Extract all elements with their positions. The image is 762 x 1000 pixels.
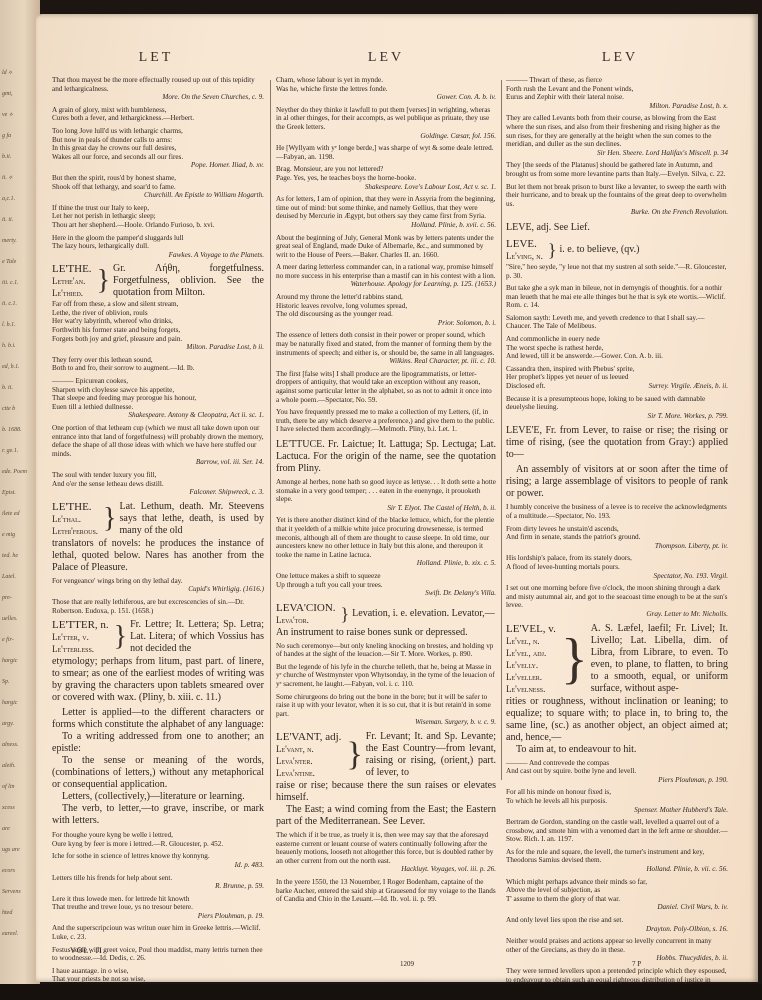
- quote-line: Thou art her shepherd.—Hoole. Orlando Fu…: [52, 221, 264, 230]
- quote-line: And commonliche in euery nede: [506, 335, 728, 344]
- quotation: One lettuce makes a shift to squeezeUp t…: [276, 572, 496, 598]
- quote-source: Spectator, No. 193. Virgil.: [506, 572, 728, 581]
- quote-line: They ferry over this lethean sound,: [52, 356, 264, 365]
- quotation: They [the seeds of the Platanus] should …: [506, 161, 728, 178]
- quote-line: And o'er the sense letheau dews distill.: [52, 480, 264, 489]
- entry-letter: LE'TTER, n.Le'tter, v.Le'tterless. } Fr.…: [52, 619, 264, 655]
- quote-source: Holland. Plinie, b. vii. c. 56.: [506, 865, 728, 874]
- quote-source: Hobbs. Thucydides, b. ii.: [506, 954, 728, 963]
- quote-line: The soul with tender luxury you fill,: [52, 471, 264, 480]
- facing-page-fragment: pre-: [2, 595, 12, 602]
- quote-line: From dirty levees he unstain'd ascends,: [506, 525, 728, 534]
- quote-line: And the superscripcioun was writun ouer …: [52, 924, 264, 941]
- headword: Le'vel, n.: [506, 635, 556, 647]
- quotation: But let them not break prison to burst l…: [506, 183, 728, 217]
- quote-line: Neyther do they thinke it lawfull to put…: [276, 106, 496, 132]
- quotation: Too long Jove lull'd us with lethargic c…: [52, 127, 264, 170]
- headword: Le'veller.: [506, 671, 556, 683]
- facing-page-fragment: gmt,: [2, 91, 13, 98]
- quotation: The which if it be true, as truely it is…: [276, 831, 496, 874]
- quote-line: ——— And contrevede the compas: [506, 759, 728, 768]
- sense: The verb, to letter,—to grave, inscribe,…: [52, 803, 264, 827]
- quote-line: But let them not break prison to burst l…: [506, 183, 728, 209]
- dictionary-page: LET LEV LEV That thou mayest be the more…: [36, 14, 758, 982]
- facing-page-fragment: a,c.1.: [2, 196, 15, 203]
- quote-line: And cast out by squire. bothe lyne and l…: [506, 767, 728, 776]
- quote-source: Swift. Dr. Delany's Villa.: [276, 589, 496, 598]
- quote-source: Shakespeare. Antony & Cleopatra, Act ii.…: [52, 411, 264, 420]
- quotation: A meer daring letterless commander can, …: [276, 263, 496, 289]
- column-right: ——— Thwart of these, as fierceForth rush…: [506, 76, 728, 997]
- etymology: Gr. Λήθη, forgetfulness. Forgetfulness, …: [113, 263, 264, 299]
- quote-source: Drayton. Poly-Olbion, s. 16.: [506, 925, 728, 934]
- quote-line: The lazy hours, lethargically dull.: [52, 242, 264, 251]
- page-number: 1209: [400, 960, 414, 968]
- etymology-continued: rities or roughness, without inclination…: [506, 696, 728, 744]
- quote-line: Page. Yes, yes, he teaches boys the horn…: [276, 174, 496, 183]
- quote-line: Yet is there another distinct kind of th…: [276, 516, 496, 559]
- headword: LE'TTER, n.: [52, 619, 109, 631]
- quote-line: Cures both a fever, and lethargickness.—…: [52, 114, 264, 123]
- quotation: "Sire," heo seyde, "y leue not that my s…: [506, 263, 728, 280]
- quote-line: A meer daring letterless commander can, …: [276, 263, 496, 280]
- quote-line: His lordship's palace, from its stately …: [506, 554, 728, 563]
- quote-line: That thou mayest be the more effectually…: [52, 76, 264, 93]
- headword: LEVA'CION.: [276, 602, 336, 614]
- headword: LE'THE.: [52, 501, 98, 513]
- quotation: But take ghe a syk man in bileue, not in…: [506, 284, 728, 310]
- column-rule-right: [501, 80, 502, 780]
- facing-page-fragment: ld ⟡: [2, 70, 12, 77]
- quotation: Far off from these, a slow and silent st…: [52, 300, 264, 352]
- facing-page-fragment: g fa: [2, 133, 11, 140]
- headword-group: LE'TTER, n.Le'tter, v.Le'tterless.: [52, 619, 111, 655]
- quotation: He [Wyllyam with yᵉ longe berde,] was sh…: [276, 144, 496, 161]
- quote-line: Forthwith his former state and being for…: [52, 326, 264, 335]
- headword: LE'VANT, adj.: [276, 731, 341, 743]
- quote-line: ——— Thwart of these, as fierce: [506, 76, 728, 85]
- quote-source: Pope. Homer. Iliad, b. xv.: [52, 161, 264, 170]
- quote-source: Prior. Solomon, b. i.: [276, 319, 496, 328]
- headword: Le'tter, v.: [52, 631, 109, 643]
- headword: Lethi'ferous.: [52, 525, 98, 537]
- quote-source: Gray. Letter to Mr. Nicholls.: [506, 610, 728, 619]
- quote-line: I set out one morning before five o'cloc…: [506, 584, 728, 610]
- quotation: Bertram de Gordon, standing on the castl…: [506, 818, 728, 844]
- quotation: The first [false wits] I shall produce a…: [276, 370, 496, 404]
- quotation: I set out one morning before five o'cloc…: [506, 584, 728, 618]
- quote-source: Churchill. An Epistle to William Hogarth…: [52, 191, 264, 200]
- quote-line: That sleepe and feeding may prorogue his…: [52, 394, 264, 403]
- quotation: The soul with tender luxury you fill,And…: [52, 471, 264, 497]
- quote-line: Bertram de Gordon, standing on the castl…: [506, 818, 728, 844]
- quote-line: Forth rush the Levant and the Ponent win…: [506, 85, 728, 94]
- quotation: No such ceremonye—but only kneling knock…: [276, 642, 496, 659]
- quotation: Because it is a presumpteous hope, lokin…: [506, 395, 728, 421]
- facing-page-fragment: alness.: [2, 742, 19, 749]
- quote-line: Her prophet's lippes yet neuer of us lee…: [506, 373, 728, 382]
- headword-group: LEVA'CION.Leva'tor.: [276, 602, 338, 626]
- quote-line: About the beginning of July, General Mon…: [276, 234, 496, 260]
- facing-page-fragment: iii. c.1.: [2, 280, 19, 287]
- headword: Le'tterless.: [52, 643, 109, 655]
- quote-line: And lewed, till it be answerde.—Gower. C…: [506, 352, 728, 361]
- entry-levee: LEVE'E, Fr. from Lever, to raise or rise…: [506, 425, 728, 461]
- brace-icon: }: [94, 267, 113, 295]
- quotation: You have frequently pressed me to make a…: [276, 408, 496, 434]
- running-head-left: LET: [96, 50, 216, 66]
- signature-mark: 7 P: [632, 960, 641, 968]
- quote-line: Iche for sothe in science of lettres kno…: [52, 852, 264, 861]
- quote-source: Goldinge. Cæsar, fol. 156.: [276, 132, 496, 141]
- facing-page-fragment: l. b.1.: [2, 322, 16, 329]
- quote-line: In this great day he crowns our full des…: [52, 144, 264, 153]
- headword-group: LE'THE.Le'thal.Lethi'ferous.: [52, 501, 100, 537]
- quote-source: Milton. Paradise Lost, b. x.: [506, 102, 728, 111]
- quote-line: Above the level of subjection, as: [506, 886, 728, 895]
- quote-line: Was he, whiche firste the lettres fonde.: [276, 85, 496, 94]
- quotation: Neither would praises and actions appear…: [506, 937, 728, 963]
- quote-line: Oure kyng by feer is more i lettred.—R. …: [52, 840, 264, 849]
- facing-page-fragment: Epist.: [2, 490, 16, 497]
- quote-line: Both to and fro, their sorrow to augment…: [52, 364, 264, 373]
- facing-page-edge: ld ⟡gmt,ve ⟡g fab.ii.ii. ⟡a,c.1.ii. ii.m…: [0, 0, 40, 990]
- etymology: Levation, i. e. elevation. Levator,—: [352, 608, 496, 620]
- headword: Le'velness.: [506, 683, 556, 695]
- facing-page-fragment: e Tale: [2, 259, 16, 266]
- facing-page-fragment: ede. Poem: [2, 469, 27, 476]
- quote-source: Thompson. Liberty, pt. iv.: [506, 542, 728, 551]
- quotation: As for the rule and square, the levell, …: [506, 848, 728, 874]
- quotation: ——— And contrevede the compasAnd cast ou…: [506, 759, 728, 785]
- quote-source: Wilkins. Real Character, pt. iii. c. 10.: [276, 357, 496, 366]
- quote-source: Id. p. 483.: [52, 861, 264, 870]
- facing-page-fragment: uelles.: [2, 616, 18, 623]
- sense: An assembly of visitors at or soon after…: [506, 464, 728, 500]
- quote-source: Piers Plouhman, p. 19.: [52, 912, 264, 921]
- quote-line: Which might perhaps advance their minds …: [506, 878, 728, 887]
- quotation: A grain of glory, mixt with humbleness,C…: [52, 106, 264, 123]
- quote-line: Because it is a presumpteous hope, lokin…: [506, 395, 728, 412]
- quote-line: Disclosed eft.: [506, 382, 546, 391]
- etymology: i. e. to believe, (qv.): [560, 244, 728, 256]
- quotation: Letters tille his frends for help about …: [52, 874, 264, 891]
- entry-level: LE'VEL, v.Le'vel, n.Le'vel, adj.Le'velly…: [506, 623, 728, 695]
- facing-page-fragment: e mig: [2, 532, 15, 539]
- quote-source: Holland. Plinie, b. xvii. c. 56.: [276, 221, 496, 230]
- quote-source: Sir T. More. Workes, p. 799.: [506, 412, 728, 421]
- quote-line: Let her not perish in lethargic sleep;: [52, 212, 264, 221]
- quote-source: Surrey. Virgile. Æneis, b. ii.: [649, 382, 728, 391]
- etymology: Lat. Lethum, death. Mr. Steevens says th…: [120, 501, 265, 537]
- quote-line: Salomon sayth: Leveth me, and yeveth cre…: [506, 314, 728, 331]
- headword: Lethe'an.: [52, 275, 92, 287]
- quotation: Yet is there another distinct kind of th…: [276, 516, 496, 568]
- quote-line: One portion of that letheam cup (which w…: [52, 424, 264, 458]
- facing-page-fragment: xcess: [2, 805, 15, 812]
- facing-page-fragment: eareel.: [2, 931, 18, 938]
- facing-page-fragment: ve ⟡: [2, 112, 13, 119]
- quote-line: Those that are really lethiferous, are b…: [52, 598, 264, 615]
- quote-line: Forgets both joy and grief, pleasure and…: [52, 335, 264, 344]
- quotation: His lordship's palace, from its stately …: [506, 554, 728, 580]
- facing-page-fragment: argy.: [2, 721, 14, 728]
- quote-line: Wakes all our force, and seconds all our…: [52, 153, 264, 162]
- quotation: That thou mayest be the more effectually…: [52, 76, 264, 102]
- quote-source: Barrow, vol. iii. Ser. 14.: [52, 458, 264, 467]
- running-head-middle: LEV: [326, 50, 446, 66]
- running-head-right: LEV: [560, 50, 680, 66]
- quote-line: In the yeere 1550, the 13 Nouember, I Ro…: [276, 878, 496, 904]
- quote-source: More. On the Seven Churches, c. 9.: [52, 93, 264, 102]
- quote-line: A flood of levee-hunting mortals pours.: [506, 563, 728, 572]
- quotation: Lere it thus lowede men. for lettrede hi…: [52, 895, 264, 921]
- quote-line: Lere it thus lowede men. for lettrede hi…: [52, 895, 264, 904]
- headword: Le'velly.: [506, 659, 556, 671]
- quote-line: Here in the gloom the pamper'd sluggards…: [52, 234, 264, 243]
- quote-source: Wiseman. Surgery, b. v. c. 9.: [276, 718, 496, 727]
- facing-page-fragment: ted. he: [2, 553, 18, 560]
- quotation: And commonliche in euery nedeThe worst s…: [506, 335, 728, 361]
- quote-line: Sharpen with cloylesse sawce his appetit…: [52, 386, 264, 395]
- quotation: Some chirurgeons do bring out the bone i…: [276, 693, 496, 727]
- quote-line: "Sire," heo seyde, "y leue not that my s…: [506, 263, 728, 280]
- quotation: But the legende of his lyfe in the churc…: [276, 663, 496, 689]
- quote-line: Up through a tuft you call your trees.: [276, 581, 496, 590]
- quote-line: That your priests be not so wise,: [52, 975, 264, 984]
- quote-line: As for letters, I am of opinion, that th…: [276, 195, 496, 221]
- quote-line: They [the seeds of the Platanus] should …: [506, 161, 728, 178]
- quotation: About the beginning of July, General Mon…: [276, 234, 496, 260]
- entry-levant: LE'VANT, adj.Le'vant, n.Leva'nter.Leva'n…: [276, 731, 496, 779]
- quotation: From dirty levees he unstain'd ascends,A…: [506, 525, 728, 551]
- quote-line: The worst speche is rathest herde,: [506, 344, 728, 353]
- quote-line: But take ghe a syk man in bileue, not in…: [506, 284, 728, 310]
- facing-page-fragment: r. ge.1.: [2, 448, 18, 455]
- quotation: The essence of letters doth consist in t…: [276, 331, 496, 365]
- quote-source: Daniel. Civil Wars, b. iv.: [506, 903, 728, 912]
- entry-leve-verb: LEVE.Le'ving, n. } i. e. to believe, (qv…: [506, 238, 728, 262]
- facing-page-fragment: h. b.i.: [2, 343, 16, 350]
- quote-line: For all his minde on honour fixed is,: [506, 788, 728, 797]
- quote-line: Shook off that lethargy, and soar'd to f…: [52, 183, 264, 192]
- quotation: But then the spirit, rous'd by honest sh…: [52, 174, 264, 200]
- quotation: Cassandra then, inspired with Phebus' sp…: [506, 365, 728, 391]
- headword: Le'vel, adj.: [506, 647, 556, 659]
- quotation: ——— Epicurean cookes,Sharpen with cloyle…: [52, 377, 264, 420]
- facing-page-fragment: ctte b: [2, 406, 15, 413]
- quote-source: Sir Hen. Sheere. Lord Halifax's Miscell.…: [506, 149, 728, 158]
- definition: An instrument to raise bones sunk or dep…: [276, 627, 496, 639]
- quote-line: Some chirurgeons do bring out the bone i…: [276, 693, 496, 719]
- headword-group: LE'VEL, v.Le'vel, n.Le'vel, adj.Le'velly…: [506, 623, 558, 695]
- headword: Le'ving, n.: [506, 250, 543, 262]
- facing-page-fragment: b.ii.: [2, 154, 11, 161]
- background-table: [0, 984, 762, 1000]
- quote-line: Too long Jove lull'd us with lethargic c…: [52, 127, 264, 136]
- headword-group: LE'VANT, adj.Le'vant, n.Leva'nter.Leva'n…: [276, 731, 343, 779]
- quote-line: You have frequently pressed me to make a…: [276, 408, 496, 434]
- quote-line: The which if it be true, as truely it is…: [276, 831, 496, 865]
- facing-page-fragment: merty.: [2, 238, 17, 245]
- quote-line: No such ceremonye—but only kneling knock…: [276, 642, 496, 659]
- quote-line: As for the rule and square, the levell, …: [506, 848, 728, 865]
- quotation: Iche for sothe in science of lettres kno…: [52, 852, 264, 869]
- quotation: ——— Thwart of these, as fierceForth rush…: [506, 76, 728, 110]
- column-middle: Cham, whose labour is yet in mynde.Was h…: [276, 76, 496, 908]
- entry-lethe-forgetfulness: LE'THE.Lethe'an.Le'thied. } Gr. Λήθη, fo…: [52, 263, 264, 299]
- etymology-continued: translators of novels: he produces the i…: [52, 538, 264, 574]
- quote-line: Far off from these, a slow and silent st…: [52, 300, 264, 309]
- sense: The East; a wind coming from the East; t…: [276, 804, 496, 828]
- quote-line: Historic leaves revolve, long volumes sp…: [276, 302, 496, 311]
- quote-source: Waterhouse. Apology for Learning, p. 125…: [276, 280, 496, 289]
- quote-line: For vengeance' wings bring on thy lethal…: [52, 577, 264, 586]
- quote-line: Eurus and Zephir with their lateral nois…: [506, 93, 728, 102]
- facing-page-fragment: b. ii.: [2, 385, 13, 392]
- entry-lethe-death: LE'THE.Le'thal.Lethi'ferous. } Lat. Leth…: [52, 501, 264, 537]
- facing-page-fragment: hargic: [2, 658, 17, 665]
- quotation: Brag. Monsieur, are you not lettered?Pag…: [276, 165, 496, 191]
- quote-source: Cupid's Whirligig. (1616.): [52, 585, 264, 594]
- etymology-continued: etymology; perhaps from litum, past part…: [52, 656, 264, 704]
- quotation: In the yeere 1550, the 13 Nouember, I Ro…: [276, 878, 496, 904]
- quotation: For vengeance' wings bring on thy lethal…: [52, 577, 264, 594]
- quote-source: Holland. Plinie, b. xix. c. 5.: [276, 559, 496, 568]
- headword: Leva'tor.: [276, 614, 336, 626]
- etymology-continued: raise or rise; because there the sun rai…: [276, 780, 496, 804]
- volume-label: VOL. II.: [70, 946, 106, 955]
- quote-line: They are called Levants both from their …: [506, 114, 728, 148]
- quote-line: And only level lies upon the rise and se…: [506, 916, 728, 925]
- sense: To aim at, to endeavour to hit.: [506, 744, 728, 756]
- column-rule-left: [270, 80, 271, 800]
- quotation: Amonge al herbes, none hath so good iuyc…: [276, 478, 496, 512]
- brace-icon: }: [545, 241, 560, 259]
- facing-page-fragment: ugs are: [2, 847, 20, 854]
- quote-line: ——— Epicurean cookes,: [52, 377, 264, 386]
- quote-line: Her wat'ry labyrinth, whereof who drinks…: [52, 317, 264, 326]
- etymology: A. S. Læfel, laefil; Fr. Livel; It. Live…: [591, 623, 728, 695]
- quotation: And the superscripcioun was writun ouer …: [52, 924, 264, 941]
- brace-icon: }: [100, 505, 119, 533]
- quote-line: Cassandra then, inspired with Phebus' sp…: [506, 365, 728, 374]
- facing-page-fragment: ilete ed: [2, 511, 20, 518]
- facing-page-fragment: hargic: [2, 700, 17, 707]
- facing-page-fragment: Sp.: [2, 679, 10, 686]
- brace-icon: }: [111, 623, 130, 651]
- quote-line: One lettuce makes a shift to squeeze: [276, 572, 496, 581]
- facing-page-fragment: Latel.: [2, 574, 16, 581]
- quotation: They ferry over this lethean sound,Both …: [52, 356, 264, 373]
- entry-levacion: LEVA'CION.Leva'tor. } Levation, i. e. el…: [276, 602, 496, 626]
- quote-source: Milton. Paradise Lost, b ii.: [52, 343, 264, 352]
- facing-page-fragment: of lin: [2, 784, 15, 791]
- entry-leve-adj: LEVE, adj. See Lief.: [506, 222, 728, 234]
- quote-line: Amonge al herbes, none hath so good iuyc…: [276, 478, 496, 504]
- quote-source: R. Brunne, p. 59.: [52, 882, 264, 891]
- quote-line: He [Wyllyam with yᵉ longe berde,] was sh…: [276, 144, 496, 161]
- quote-line: Cham, whose labour is yet in mynde.: [276, 76, 496, 85]
- quote-line: Lethe, the river of oblivion, rouls: [52, 309, 264, 318]
- facing-page-fragment: aleth.: [2, 763, 16, 770]
- facing-page-fragment: ii. ⟡: [2, 175, 12, 182]
- quotation: I humbly conceive the business of a leve…: [506, 503, 728, 520]
- etymology: Fr. Levant; It. and Sp. Levante; the Eas…: [366, 731, 496, 779]
- quotation: Which might perhaps advance their minds …: [506, 878, 728, 912]
- facing-page-fragment: b. 1688.: [2, 427, 22, 434]
- facing-page-fragment: hted: [2, 910, 12, 917]
- facing-page-fragment: ii. c.1.: [2, 301, 17, 308]
- quote-line: Neither would praises and actions appear…: [506, 937, 728, 954]
- sense: Letter is applied—to the different chara…: [52, 707, 264, 731]
- headword: Leva'ntine.: [276, 767, 341, 779]
- quotation: Cham, whose labour is yet in mynde.Was h…: [276, 76, 496, 102]
- sense: Letters, (collectively,)—literature or l…: [52, 791, 264, 803]
- headword: Le'thal.: [52, 513, 98, 525]
- quotation: For all his minde on honour fixed is,To …: [506, 788, 728, 814]
- column-left: That thou mayest be the more effectually…: [52, 76, 264, 997]
- quote-source: Falconer. Shipwreck, c. 3.: [52, 488, 264, 497]
- headword: Le'vant, n.: [276, 743, 341, 755]
- facing-page-fragment: Servens: [2, 889, 21, 896]
- headword: Leva'nter.: [276, 755, 341, 767]
- headword: LE'THE.: [52, 263, 92, 275]
- facing-page-fragment: ecors: [2, 868, 15, 875]
- quote-line: The first [false wits] I shall produce a…: [276, 370, 496, 404]
- quotation: As for letters, I am of opinion, that th…: [276, 195, 496, 229]
- facing-page-fragment: ii. ii.: [2, 217, 13, 224]
- brace-icon: }: [338, 605, 353, 623]
- quote-line: A grain of glory, mixt with humbleness,: [52, 106, 264, 115]
- quote-line: I haue auantage. in o wise,: [52, 967, 264, 976]
- quote-line: That treuthe and trewe loue, ys no treso…: [52, 903, 264, 912]
- headword: LEVE.: [506, 238, 543, 250]
- quotation: And only level lies upon the rise and se…: [506, 916, 728, 933]
- headword: Le'thied.: [52, 287, 92, 299]
- quote-line: Letters tille his frends for help about …: [52, 874, 264, 883]
- quote-line: Brag. Monsieur, are you not lettered?: [276, 165, 496, 174]
- headword-group: LEVE.Le'ving, n.: [506, 238, 545, 262]
- quote-source: Piers Plouhman, p. 190.: [506, 776, 728, 785]
- quote-line: But now in peals of thunder calls to arm…: [52, 136, 264, 145]
- quote-source: Gower. Con. A. b. iv.: [276, 93, 496, 102]
- facing-page-fragment: ed, b.1.: [2, 364, 20, 371]
- headword-group: LE'THE.Lethe'an.Le'thied.: [52, 263, 94, 299]
- quote-line: To which he levels all his purposis.: [506, 797, 728, 806]
- brace-icon: }: [558, 631, 591, 687]
- quotation: Salomon sayth: Leveth me, and yeveth cre…: [506, 314, 728, 331]
- facing-page-fragment: e fir-: [2, 637, 14, 644]
- quote-source: Shakespeare. Love's Labour Lost, Act v. …: [276, 183, 496, 192]
- quotation: Those that are really lethiferous, are b…: [52, 598, 264, 615]
- quotation: For thoughe youre kyng be welle i lettre…: [52, 831, 264, 848]
- facing-page-fragment: are: [2, 826, 10, 833]
- quotation: If thine the trust our Italy to keep,Let…: [52, 204, 264, 230]
- quote-source: Hackluyt. Voyages, vol. iii. p. 26.: [276, 865, 496, 874]
- quote-line: Around my throne the letter'd rabbins st…: [276, 293, 496, 302]
- quotation: One portion of that letheam cup (which w…: [52, 424, 264, 467]
- quotation: Neyther do they thinke it lawfull to put…: [276, 106, 496, 140]
- etymology: Fr. Lettre; It. Lettera; Sp. Letra; Lat.…: [130, 619, 264, 655]
- quote-line: If thine the trust our Italy to keep,: [52, 204, 264, 213]
- quotation: Here in the gloom the pamper'd sluggards…: [52, 234, 264, 260]
- entry-lettuce: LE'TTUCE. Fr. Laictue; It. Lattuga; Sp. …: [276, 439, 496, 475]
- quote-source: Sir T. Elyot. The Castel of Helth, b. ii…: [276, 504, 496, 513]
- quotation: They are called Levants both from their …: [506, 114, 728, 157]
- quote-line: Euen till a lethied dullnesse.: [52, 403, 264, 412]
- quote-source: Spenser. Mother Hubberd's Tale.: [506, 806, 728, 815]
